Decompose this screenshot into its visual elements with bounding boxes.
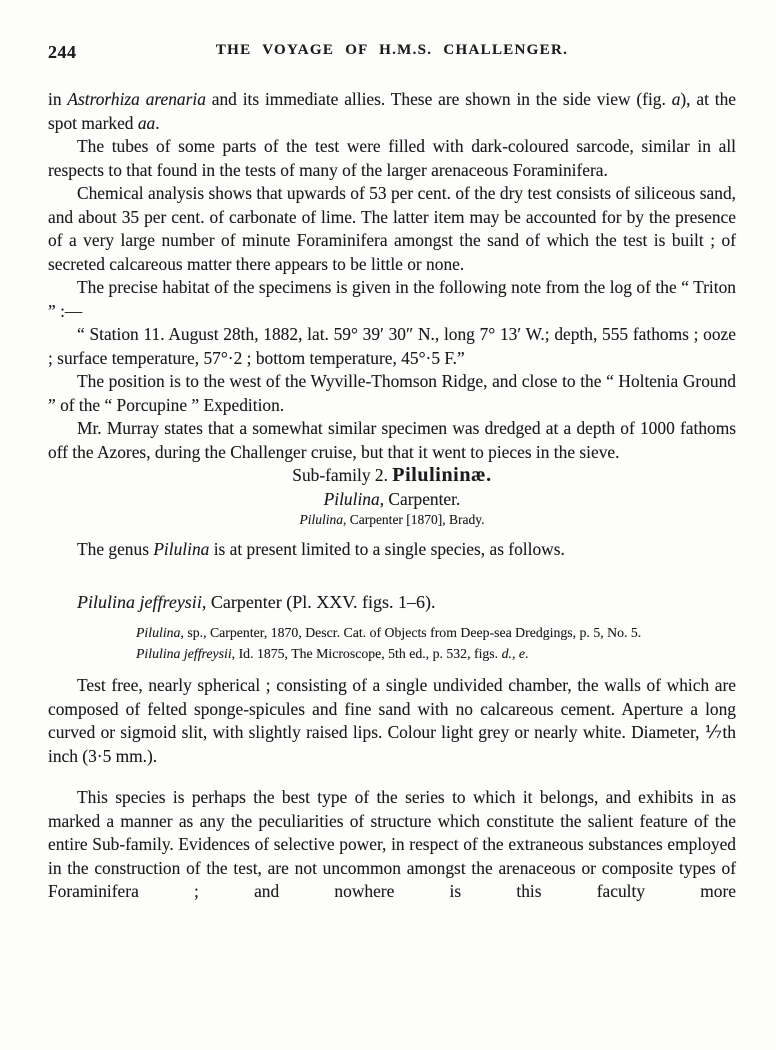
paragraph-genus-note: The genus Pilulina is at present limited… [48, 538, 736, 562]
synonymy-block: Pilulina, sp., Carpenter, 1870, Descr. C… [136, 622, 736, 664]
paragraph-station-11: “ Station 11. August 28th, 1882, lat. 59… [48, 323, 736, 370]
synonymy-line: Pilulina jeffreysii, Id. 1875, The Micro… [136, 643, 736, 664]
paragraph-description: Test free, nearly spherical ; consisting… [48, 674, 736, 768]
paragraph-chemical-analysis: Chemical analysis shows that upwards of … [48, 182, 736, 276]
page-number: 244 [48, 42, 77, 63]
running-title: THE VOYAGE OF H.M.S. CHALLENGER. [48, 42, 736, 59]
page-header: 244 THE VOYAGE OF H.M.S. CHALLENGER. [48, 42, 736, 64]
paragraph-habitat: The precise habitat of the specimens is … [48, 276, 736, 323]
paragraph-murray: Mr. Murray states that a somewhat simila… [48, 417, 736, 464]
page-body: in Astrorhiza arenaria and its immediate… [48, 88, 736, 904]
paragraph-continuation: in Astrorhiza arenaria and its immediate… [48, 88, 736, 135]
genus-heading: Pilulina, Carpenter. [48, 488, 736, 512]
species-heading: Pilulina jeffreysii, Carpenter (Pl. XXV.… [48, 591, 736, 615]
synonymy-line: Pilulina, sp., Carpenter, 1870, Descr. C… [136, 622, 736, 643]
subfamily-heading: Sub-family 2. Pilulininæ. [48, 464, 736, 488]
paragraph-discussion: This species is perhaps the best type of… [48, 786, 736, 904]
paragraph-position: The position is to the west of the Wyvil… [48, 370, 736, 417]
genus-synonym: Pilulina, Carpenter [1870], Brady. [48, 511, 736, 529]
paragraph-tubes: The tubes of some parts of the test were… [48, 135, 736, 182]
book-page: 244 THE VOYAGE OF H.M.S. CHALLENGER. in … [0, 0, 776, 1050]
